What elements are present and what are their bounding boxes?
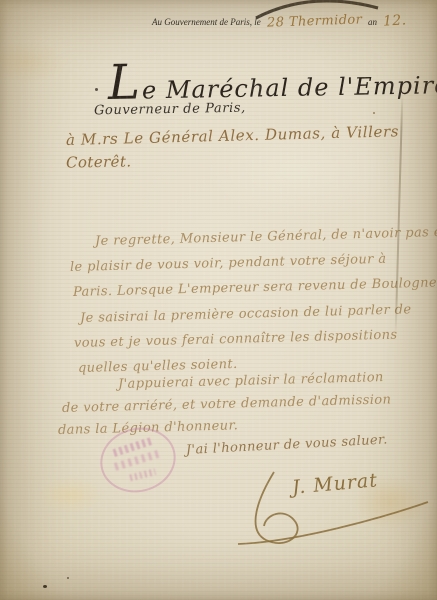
body-line: vous et je vous ferai connaître les disp… <box>74 328 398 351</box>
body-line: Je saisirai la première occasion de lui … <box>80 302 412 326</box>
dateline: Au Gouvernement de Paris, le 28 Thermido… <box>152 13 406 29</box>
body-line: de votre arriéré, et votre demande d'adm… <box>62 392 392 416</box>
scanned-letter-page: Au Gouvernement de Paris, le 28 Thermido… <box>0 0 437 600</box>
signature-flourish <box>232 458 432 550</box>
ink-speck <box>373 112 375 114</box>
body-line: le plaisir de vous voir, pendant votre s… <box>70 252 387 275</box>
recipient-line-2: Coterêt. <box>66 152 132 171</box>
body-line: Je regrette, Monsieur le Général, de n'a… <box>95 225 437 249</box>
dateline-handwritten-date: 28 Thermidor <box>267 12 363 30</box>
body-line: quelles qu'elles soient. <box>78 357 238 376</box>
recipient-line-1: à M.rs Le Général Alex. Dumas, à Villers <box>66 122 400 149</box>
stamp-illegible-text-row <box>129 468 156 481</box>
body-line: Paris. Lorsque L'empereur sera revenu de… <box>73 275 437 300</box>
ink-speck <box>43 585 47 588</box>
closing-salutation: J'ai l'honneur de vous saluer. <box>186 432 388 458</box>
ink-speck <box>67 577 69 579</box>
dateline-printed-prefix: Au Gouvernement de Paris, le <box>152 17 261 27</box>
dateline-handwritten-year: 12. <box>383 12 407 29</box>
letterhead-subtitle: Gouverneur de Paris, <box>94 101 246 119</box>
dateline-printed-an: an <box>368 17 377 27</box>
ink-speck <box>95 88 98 91</box>
